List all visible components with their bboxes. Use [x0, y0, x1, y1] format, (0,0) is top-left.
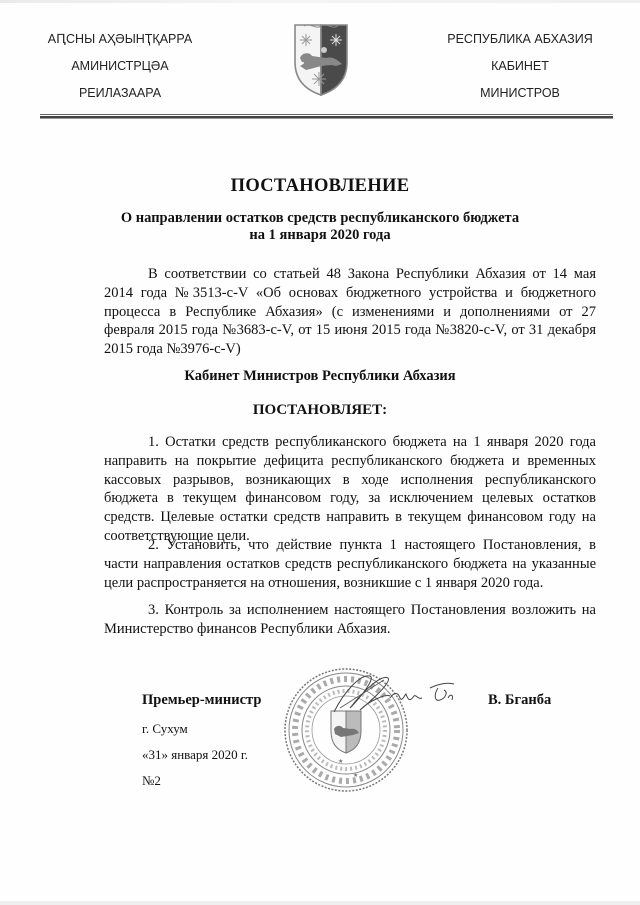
header-left-line-3: РЕИЛАЗААРА: [20, 80, 220, 107]
issue-city: г. Сухум: [142, 721, 188, 737]
subtitle-line-1: О направлении остатков средств республик…: [100, 210, 540, 227]
document-subtitle: О направлении остатков средств республик…: [100, 210, 540, 244]
header-left-abkhaz: АԤСНЫ АҲӘЫНҬҚАРРА АМИНИСТРЦӘА РЕИЛАЗААРА: [20, 26, 220, 107]
header-right-russian: РЕСПУБЛИКА АБХАЗИЯ КАБИНЕТ МИНИСТРОВ: [420, 26, 620, 107]
header-divider: [40, 114, 613, 119]
signatory-role: Премьер-министр: [142, 692, 261, 709]
issuer-line: Кабинет Министров Республики Абхазия: [0, 368, 640, 385]
preamble-paragraph: В соответствии со статьей 48 Закона Респ…: [104, 265, 596, 359]
decree-point-2: 2. Установить, что действие пункта 1 нас…: [104, 536, 596, 592]
signatory-name: В. Бганба: [488, 692, 551, 709]
svg-text:★: ★: [338, 758, 343, 765]
handwritten-signature-icon: [330, 672, 470, 716]
page-edge-bottom: [0, 901, 640, 905]
header-left-line-1: АԤСНЫ АҲӘЫНҬҚАРРА: [20, 26, 220, 53]
decree-point-3: 3. Контроль за исполнением настоящего По…: [104, 601, 596, 639]
issue-date: «31» января 2020 г.: [142, 747, 248, 763]
coat-of-arms-icon: [292, 22, 350, 98]
page-edge-top: [0, 0, 640, 3]
decree-point-1: 1. Остатки средств республиканского бюдж…: [104, 433, 596, 546]
header-right-line-1: РЕСПУБЛИКА АБХАЗИЯ: [420, 26, 620, 53]
header-right-line-3: МИНИСТРОВ: [420, 80, 620, 107]
document-number: №2: [142, 773, 161, 789]
header-left-line-2: АМИНИСТРЦӘА: [20, 53, 220, 80]
svg-text:★: ★: [353, 772, 358, 779]
subtitle-line-2: на 1 января 2020 года: [100, 227, 540, 244]
document-title: ПОСТАНОВЛЕНИЕ: [0, 176, 640, 197]
header-right-line-2: КАБИНЕТ: [420, 53, 620, 80]
decrees-heading: ПОСТАНОВЛЯЕТ:: [0, 402, 640, 419]
